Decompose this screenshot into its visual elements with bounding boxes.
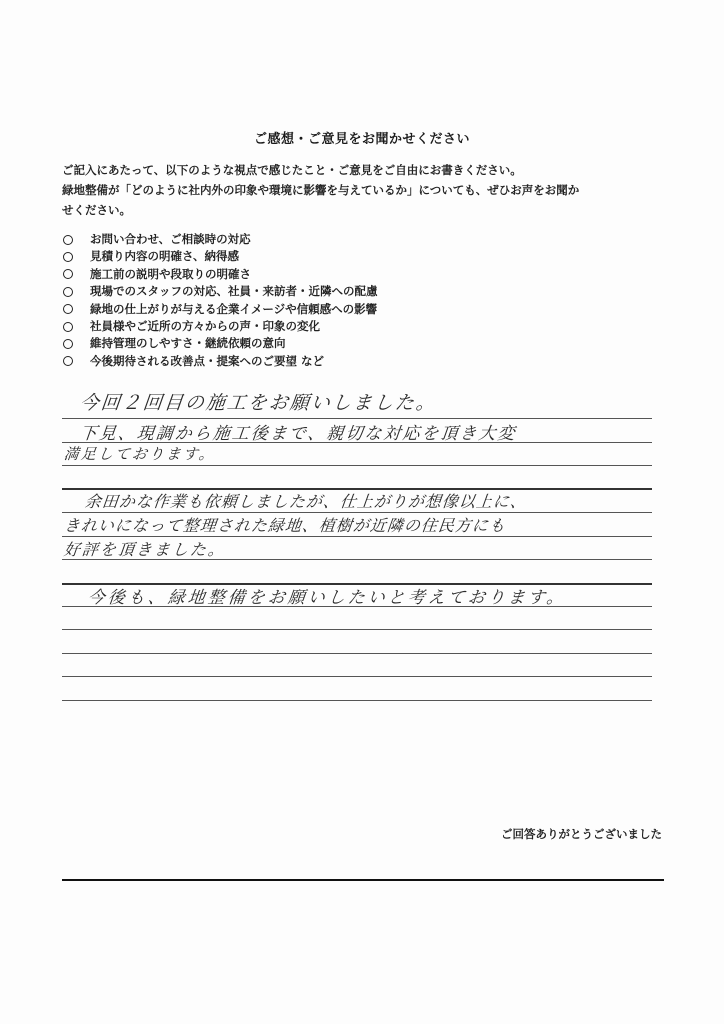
handwritten-line-2: 下見、現調から施工後まで、親切な対応を頂き大変 — [79, 419, 518, 444]
handwritten-line-7: 今後も、緑地整備をお願いしたいと考えております。 — [87, 583, 568, 608]
feedback-form-page: ご感想・ご意見をお聞かせください ご記入にあたって、以下のような視点で感じたこと… — [0, 0, 724, 1024]
ruled-line — [62, 465, 652, 466]
closing-message: ご回答ありがとうございました — [501, 826, 662, 842]
ruled-line — [62, 676, 652, 677]
handwritten-line-3: 満足しております。 — [63, 443, 217, 464]
ruled-line — [62, 629, 652, 630]
ruled-line — [62, 653, 652, 654]
ruled-line — [62, 700, 652, 701]
handwritten-line-6: 好評を頂きました。 — [63, 537, 227, 560]
handwritten-line-4: 余田かな作業も依頼しましたが、仕上がりが想像以上に、 — [84, 489, 528, 512]
handwritten-line-5: きれいになって整理された緑地、植樹が近隣の住民方にも — [63, 513, 507, 536]
handwritten-line-1: 今回２回目の施工をお願いしました。 — [79, 388, 439, 415]
ruled-writing-area — [62, 0, 652, 1024]
bottom-rule-line — [62, 879, 664, 881]
